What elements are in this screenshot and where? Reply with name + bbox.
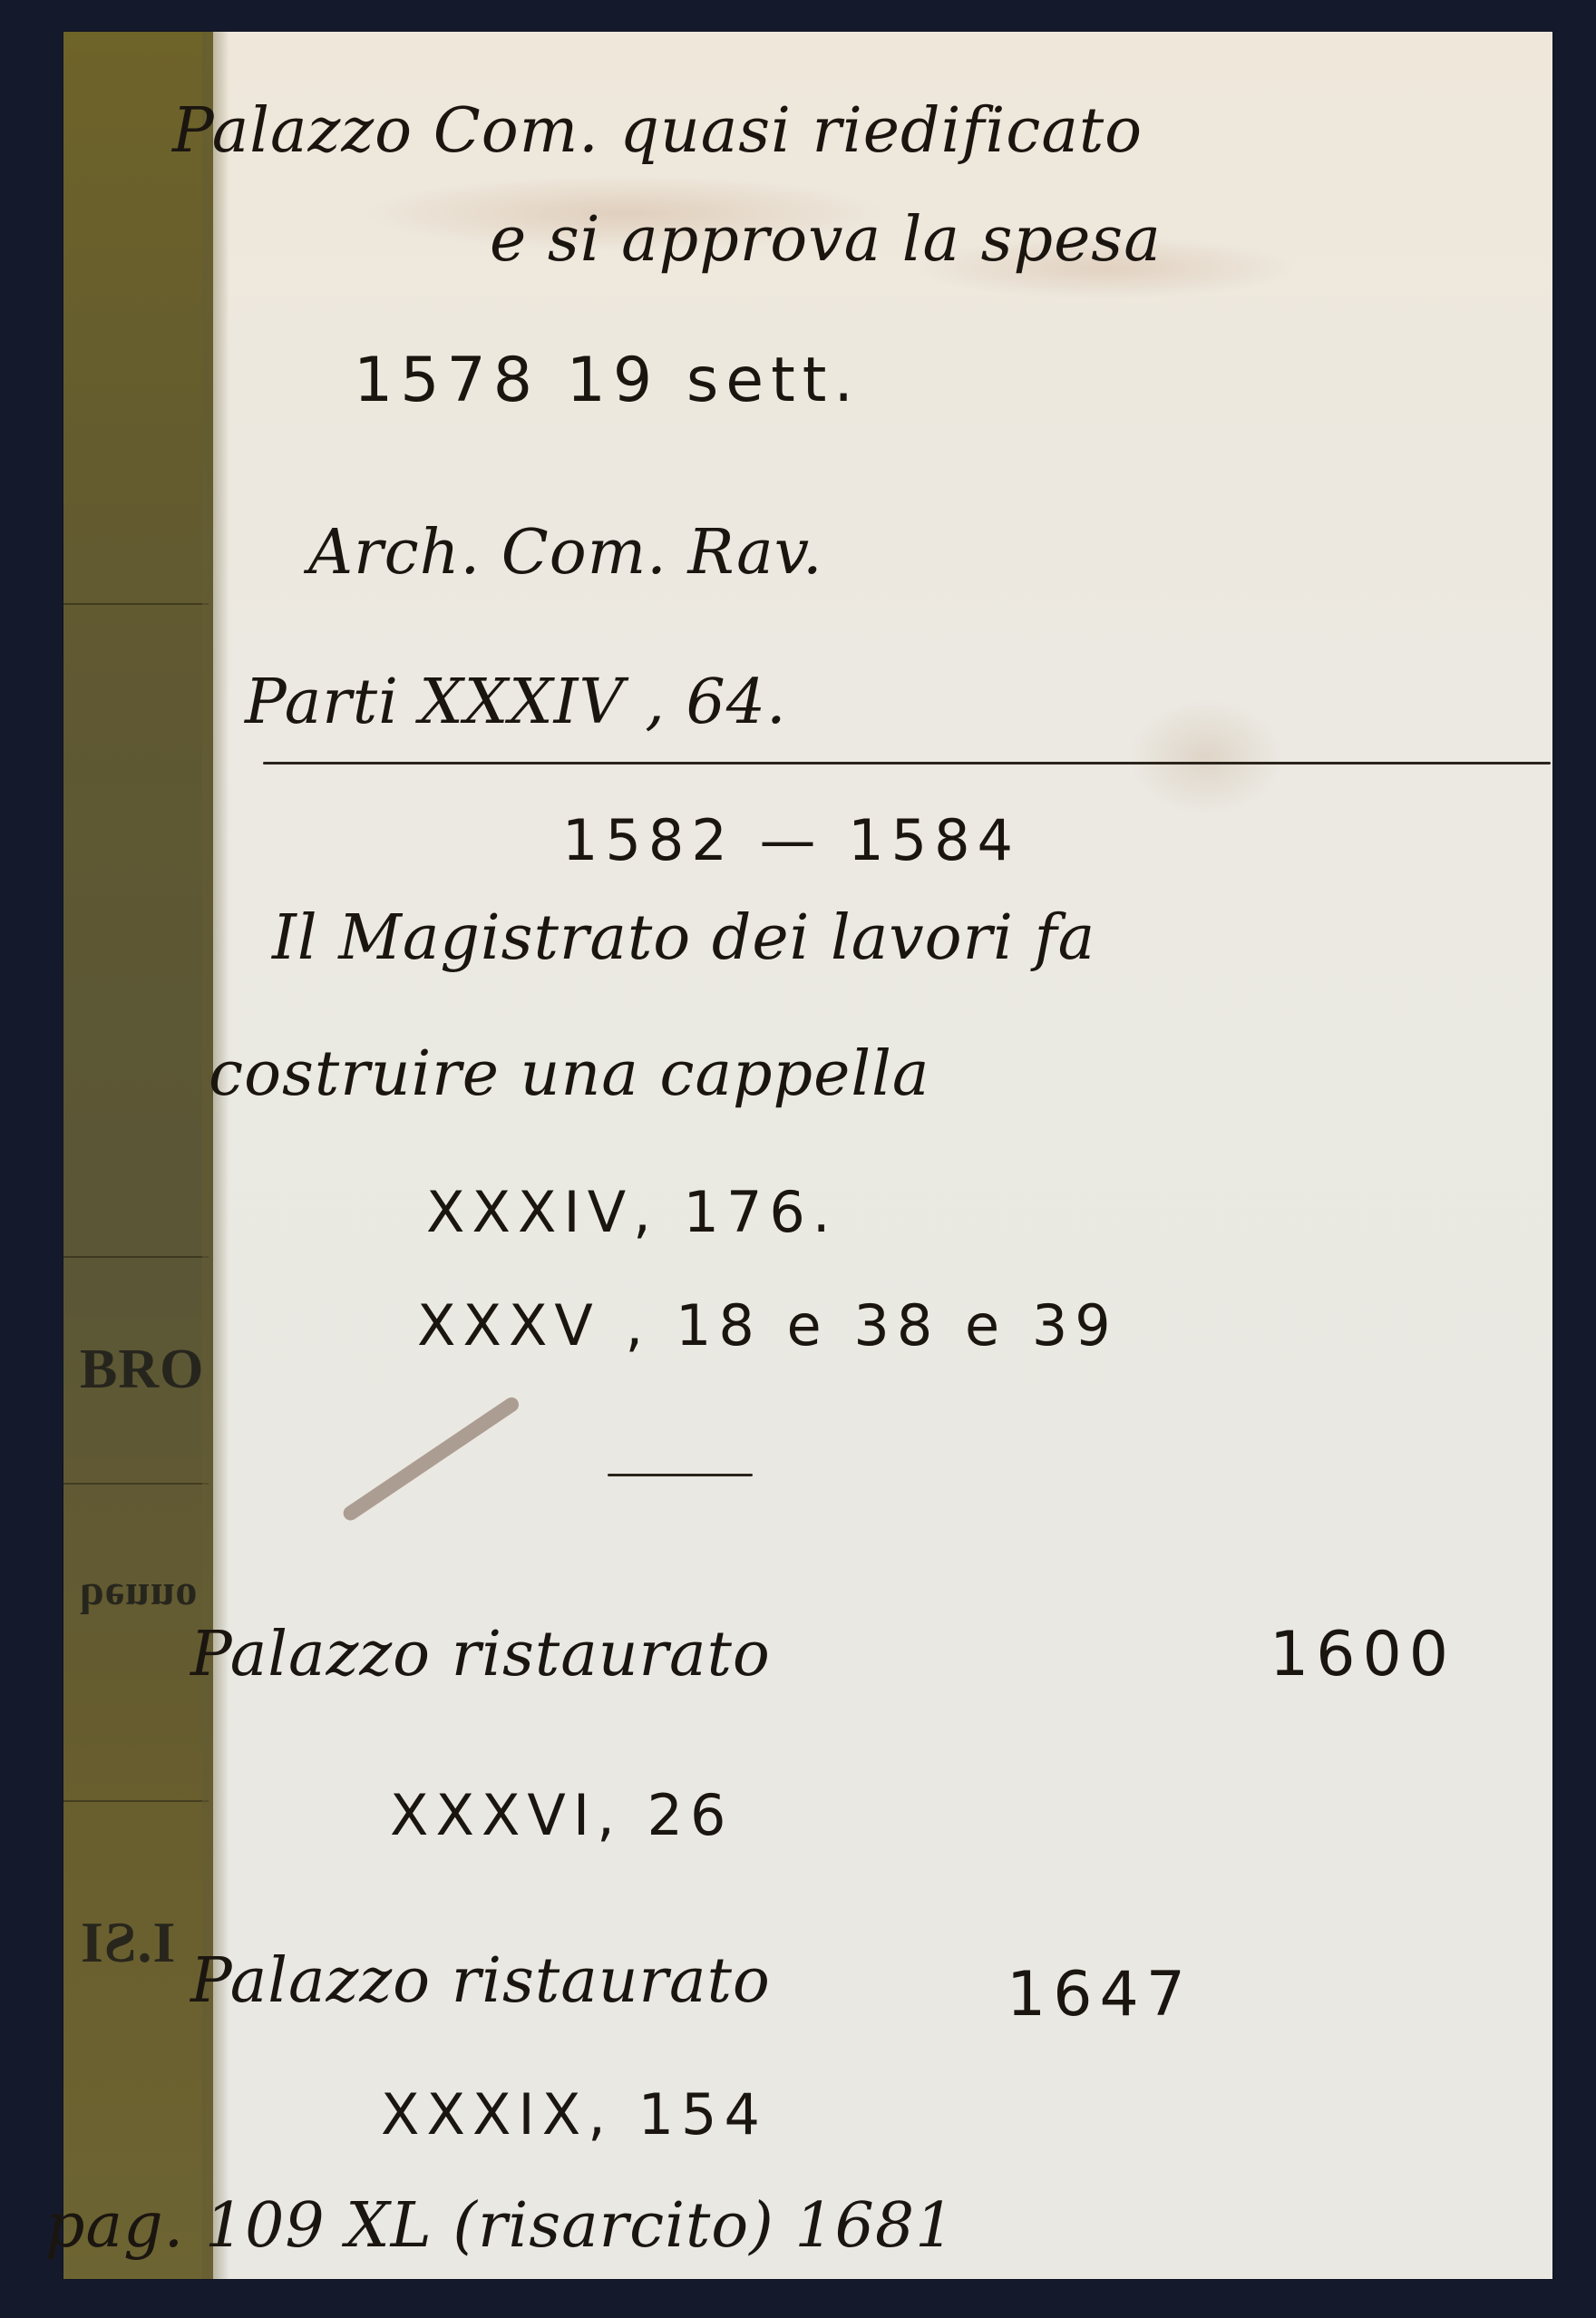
entry-3-year: 1600 — [1270, 1619, 1455, 1690]
entry-1-archive: Arch. Com. Rav. — [308, 517, 823, 589]
entry-1-date: 1578 19 sett. — [354, 345, 861, 416]
spine-rule — [63, 1483, 209, 1485]
spine-rule — [63, 1800, 209, 1802]
section-divider — [263, 762, 1551, 765]
ink-smudge — [341, 1395, 522, 1524]
entry-4-ref: XXXIX, 154 — [381, 2081, 767, 2148]
entry-4-footnote: pag. 109 XL (risarcito) 1681 — [45, 2190, 955, 2262]
entry-2-years: 1582 — 1584 — [562, 807, 1020, 873]
spine-print: I.SI — [80, 1909, 175, 1976]
entry-2-ref-1: XXXIV, 176. — [426, 1179, 838, 1245]
entry-4-year: 1647 — [1007, 1959, 1192, 2031]
spine-print: benno — [80, 1573, 198, 1623]
entry-2-line-1: Il Magistrato dei lavori fa — [272, 902, 1095, 974]
entry-2-line-2: costruire una cappella — [209, 1038, 929, 1110]
entry-1-line-1: Palazzo Com. quasi riedificato — [172, 95, 1143, 167]
entry-1-reference: Parti XXXIV , 64. — [245, 667, 787, 738]
spine-rule — [63, 1256, 209, 1258]
entry-1-line-2: e si approva la spesa — [490, 204, 1162, 276]
spine-print: BRO — [80, 1338, 204, 1402]
note-paper: BRO benno I.SI Palazzo Com. quasi riedif… — [63, 32, 1552, 2279]
spine-rule — [63, 603, 209, 605]
book-spine-strip: BRO benno I.SI — [63, 32, 213, 2279]
entry-2-ref-2: XXXV , 18 e 38 e 39 — [417, 1292, 1118, 1359]
short-divider — [608, 1474, 753, 1476]
entry-4-line-1: Palazzo ristaurato — [190, 1945, 771, 2017]
entry-3-line-1: Palazzo ristaurato — [190, 1619, 771, 1690]
entry-3-ref: XXXVI, 26 — [390, 1782, 733, 1848]
